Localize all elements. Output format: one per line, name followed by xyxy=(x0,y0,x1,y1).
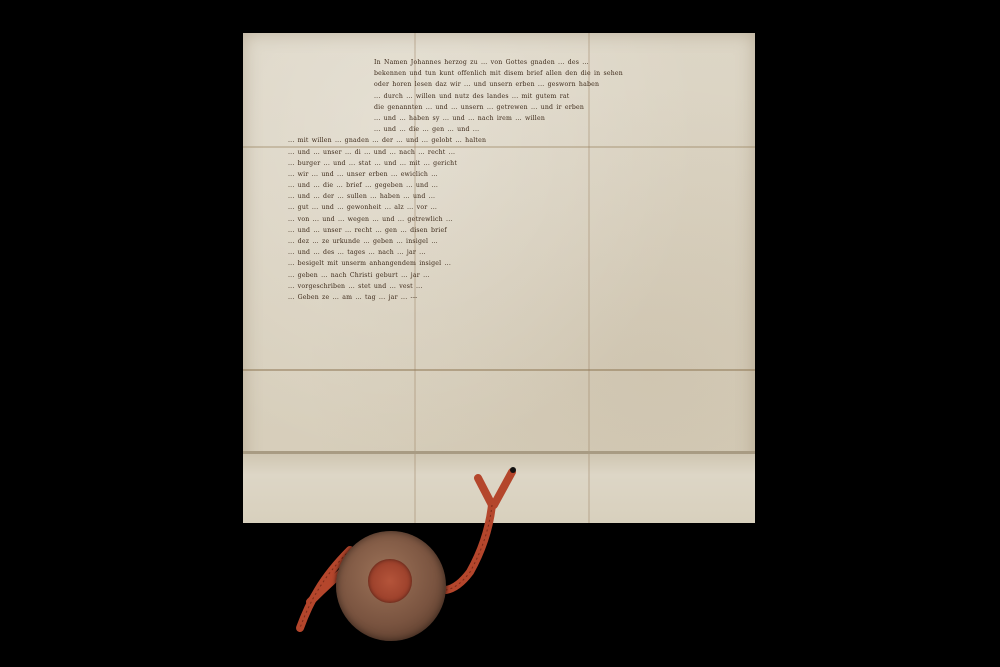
seal-cord-icon xyxy=(0,0,1000,667)
wax-seal xyxy=(336,531,446,641)
seal-impression xyxy=(368,559,412,603)
